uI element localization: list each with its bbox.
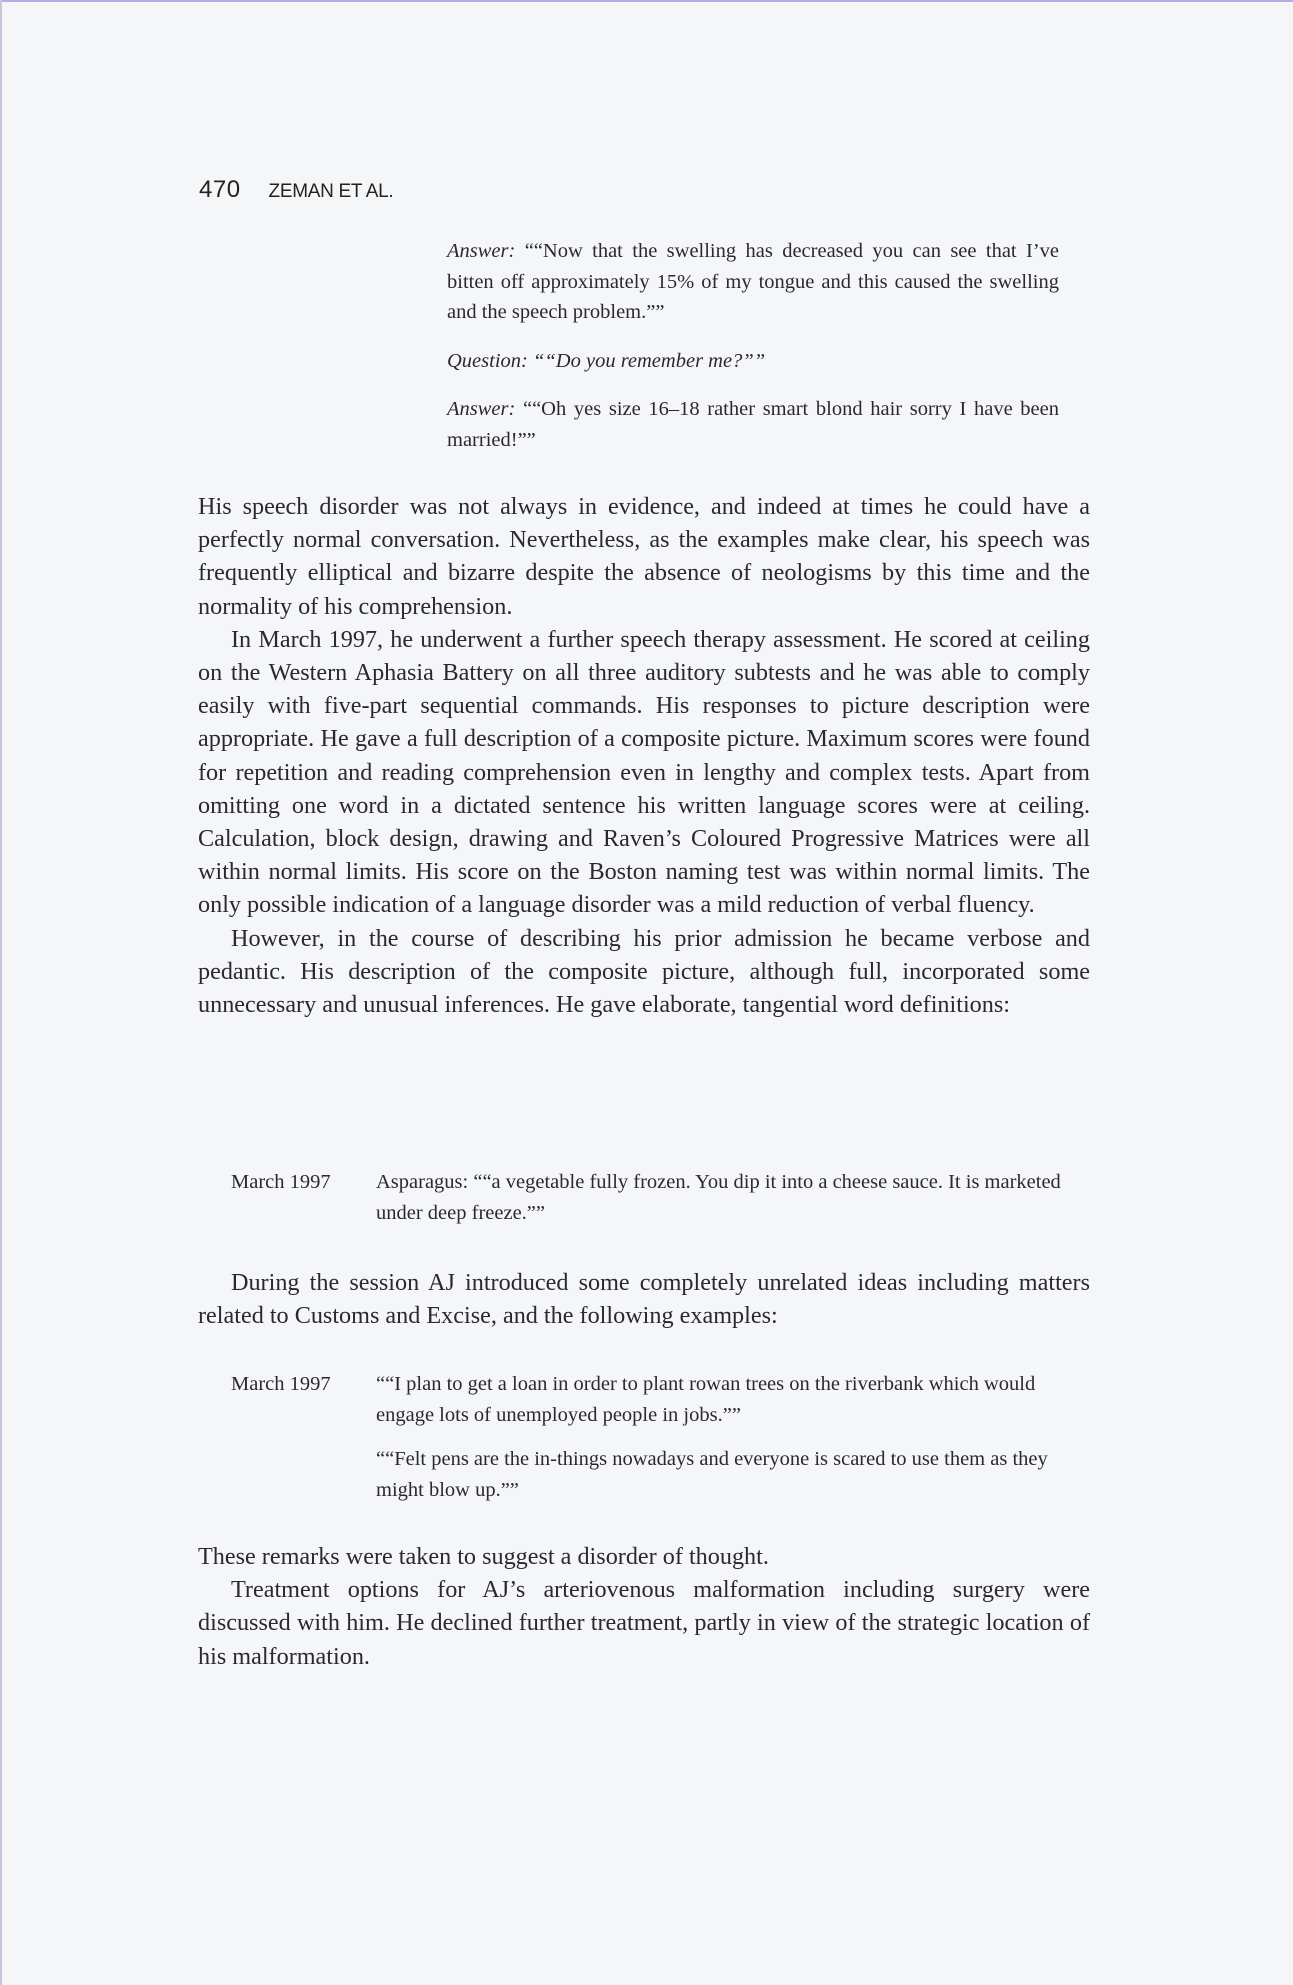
dialogue-label: Answer:	[447, 240, 515, 262]
dated-entry: ““Felt pens are the in-things nowadays a…	[231, 1444, 1091, 1505]
entry-quote: Asparagus: ““a vegetable fully frozen. Y…	[376, 1167, 1091, 1228]
dated-entry: March 1997 ““I plan to get a loan in ord…	[231, 1369, 1091, 1430]
entry-quote: ““I plan to get a loan in order to plant…	[376, 1369, 1091, 1430]
dialogue-question: Question: ““Do you remember me?””	[447, 346, 1059, 377]
running-head: 470ZEMAN ET AL.	[199, 176, 393, 204]
word-definitions-block: March 1997 Asparagus: ““a vegetable full…	[231, 1167, 1091, 1242]
dialogue-answer: Answer: ““Oh yes size 16–18 rather smart…	[447, 394, 1059, 455]
dated-entry: March 1997 Asparagus: ““a vegetable full…	[231, 1167, 1091, 1228]
dialogue-label: Question:	[447, 350, 528, 372]
dialogue-label: Answer:	[447, 398, 515, 420]
dialogue-text: ““Oh yes size 16–18 rather smart blond h…	[447, 398, 1059, 451]
dialogue-text: ““Do you remember me?””	[533, 350, 765, 372]
dialogue-answer: Answer: ““Now that the swelling has decr…	[447, 236, 1059, 328]
body-section-2: During the session AJ introduced some co…	[198, 1266, 1090, 1332]
body-paragraph: However, in the course of describing his…	[198, 922, 1090, 1022]
body-paragraph: His speech disorder was not always in ev…	[198, 490, 1090, 623]
body-paragraph: These remarks were taken to suggest a di…	[198, 1540, 1090, 1573]
dialogue-text: ““Now that the swelling has decreased yo…	[447, 240, 1059, 323]
running-head-authors: ZEMAN ET AL.	[269, 181, 394, 202]
body-section-3: These remarks were taken to suggest a di…	[198, 1540, 1090, 1673]
body-paragraph: Treatment options for AJ’s arteriovenous…	[198, 1573, 1090, 1673]
unrelated-ideas-block: March 1997 ““I plan to get a loan in ord…	[231, 1369, 1091, 1519]
entry-date: March 1997	[231, 1369, 376, 1430]
dialogue-excerpt: Answer: ““Now that the swelling has decr…	[447, 236, 1059, 473]
body-paragraph: In March 1997, he underwent a further sp…	[198, 623, 1090, 922]
entry-quote: ““Felt pens are the in-things nowadays a…	[376, 1444, 1091, 1505]
entry-date: March 1997	[231, 1167, 376, 1228]
page-top-edge	[0, 0, 1293, 2]
body-section-1: His speech disorder was not always in ev…	[198, 490, 1090, 1021]
page-left-edge	[0, 0, 2, 1985]
entry-date	[231, 1444, 376, 1505]
page-number: 470	[199, 176, 241, 203]
body-paragraph: During the session AJ introduced some co…	[198, 1266, 1090, 1332]
